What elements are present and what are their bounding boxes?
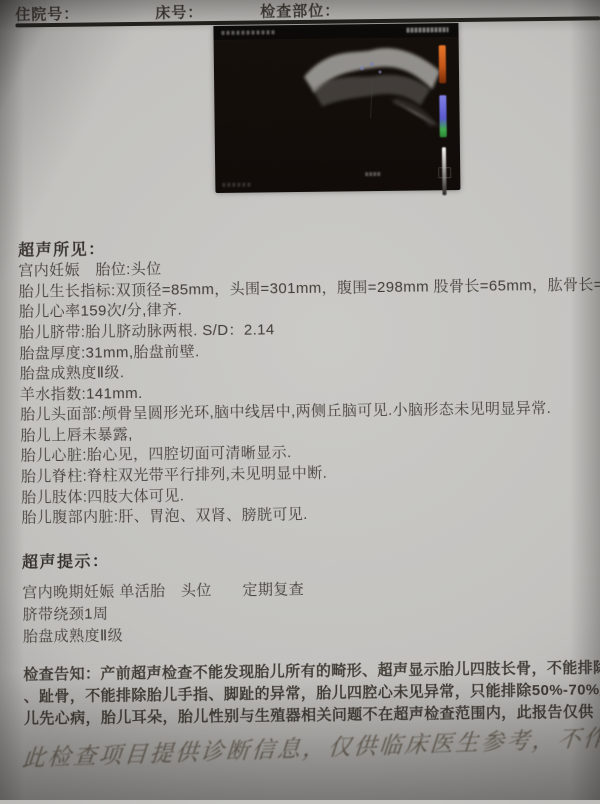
findings-line: 胎儿上唇未暴露, [20, 423, 133, 445]
scan-vendor-logo-text [406, 27, 448, 33]
findings-section-title: 超声所见： [18, 236, 106, 260]
bed-number-label: 床号： [155, 1, 203, 23]
scan-measure-text [365, 172, 381, 176]
findings-line: 胎儿腹部内脏:肝、胃泡、双肾、膀胱可见. [21, 503, 308, 527]
scan-footer-text-left [222, 183, 250, 187]
scan-header-text-left [221, 30, 275, 35]
admission-number-label: 住院号： [15, 3, 79, 25]
findings-line: 胎儿脊柱:脊柱双光带平行排列,未见明显中断. [21, 462, 328, 487]
findings-line: 胎盘厚度:31mm,胎盘前壁. [19, 340, 199, 363]
findings-line: 胎儿肢体:四肢大体可见. [21, 484, 184, 507]
report-document: 住院号： 床号： 检查部位： 超声所见： 宫内妊娠 胎位:头位 胎儿生长指标:双… [0, 0, 600, 800]
findings-line: 胎盘成熟度Ⅱ级. [20, 361, 125, 383]
findings-line: 羊水指数:141mm. [20, 381, 143, 403]
exam-site-label: 检查部位： [260, 0, 340, 21]
impression-line: 宫内晚期妊娠 单活胎 头位 定期复查 [22, 578, 304, 602]
impression-line: 脐带绕颈1周 [22, 602, 108, 624]
doppler-colorbar-orange [439, 45, 446, 83]
impression-line: 胎盘成熟度Ⅱ级 [23, 624, 123, 646]
findings-line: 宫内妊娠 胎位:头位 [18, 258, 161, 281]
doppler-colorbar-blue-green [439, 95, 447, 137]
impression-section-title: 超声提示： [22, 548, 110, 572]
findings-line: 胎儿心率159次/分,律齐. [19, 298, 182, 321]
ultrasound-scan-image [213, 23, 460, 193]
scan-status-box [438, 167, 451, 178]
findings-line: 胎儿脐带:胎儿脐动脉两根. S/D：2.14 [19, 318, 275, 342]
